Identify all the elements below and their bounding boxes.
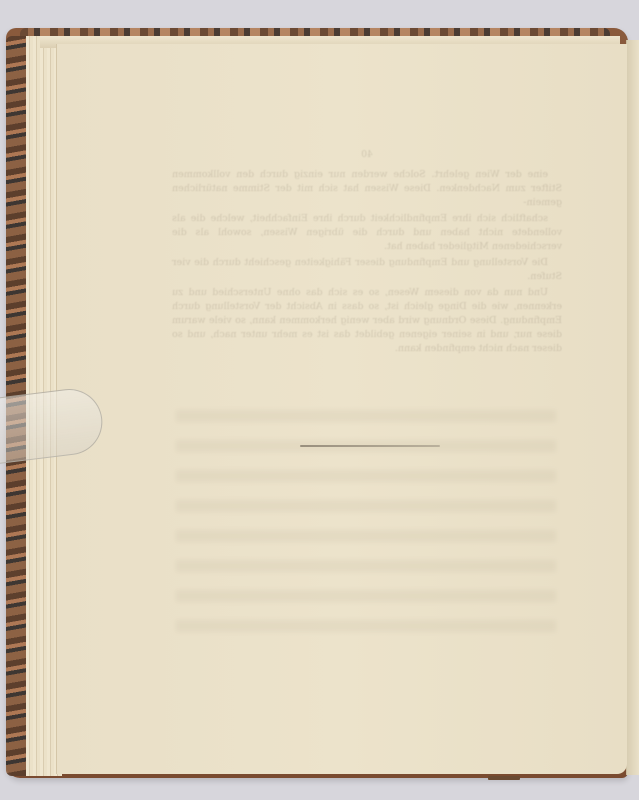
bookmark-tab: [488, 776, 520, 780]
bleed-paragraph: schaftlich sich ihre Empfindlichkeit dur…: [172, 212, 562, 254]
bleed-paragraph: Und nun da von diesem Wesen, so es sich …: [172, 286, 562, 356]
page-number: 40: [172, 148, 562, 162]
book-scan: 40 eine der Wien gelehrt. Solche werden …: [0, 0, 639, 800]
bleed-paragraph: Die Vorstellung und Empfindung dieser Fä…: [172, 256, 562, 284]
bleed-paragraph: eine der Wien gelehrt. Solche werden nur…: [172, 168, 562, 210]
show-through-text: 40 eine der Wien gelehrt. Solche werden …: [172, 148, 562, 358]
facing-page-edge: [626, 40, 639, 775]
show-through-lower-block: [176, 392, 556, 642]
show-through-rule: [300, 445, 440, 447]
